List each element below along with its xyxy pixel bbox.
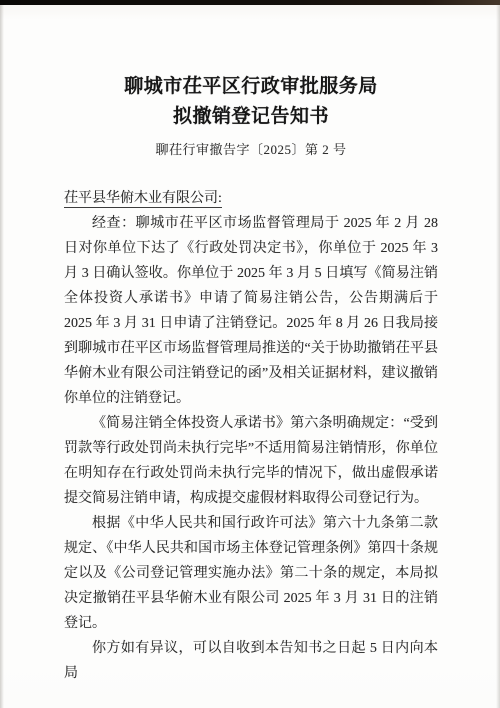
document-number: 聊茌行审撤告字〔2025〕第 2 号: [64, 141, 438, 159]
scan-edge-right: [496, 5, 500, 708]
document-title-line2: 拟撤销登记告知书: [173, 106, 329, 127]
paragraph-legal-basis-decision: 根据《中华人民共和国行政许可法》第六十九条第二款规定、《中华人民共和国市场主体登…: [64, 511, 438, 636]
scan-edge-top: [0, 0, 500, 5]
paragraph-commitment-violation: 《简易注销全体投资人承诺书》第六条明确规定：“受到罚款等行政处罚尚未执行完毕”不…: [64, 411, 438, 511]
paragraph-objection-rights: 你方如有异议，可以自收到本告知书之日起 5 日内向本局: [64, 636, 438, 686]
addressee-company-name: 茌平县华俯木业有限公司:: [64, 191, 222, 208]
scan-edge-left: [0, 5, 4, 708]
scanned-document-page: 聊城市茌平区行政审批服务局 拟撤销登记告知书 聊茌行审撤告字〔2025〕第 2 …: [0, 0, 500, 708]
document-title: 聊城市茌平区行政审批服务局 拟撤销登记告知书: [64, 72, 438, 132]
paragraph-investigation-findings: 经查：聊城市茌平区市场监督管理局于 2025 年 2 月 28 日对你单位下达了…: [64, 211, 438, 411]
addressee-row: 茌平县华俯木业有限公司:: [64, 186, 438, 211]
document-body: 聊城市茌平区行政审批服务局 拟撤销登记告知书 聊茌行审撤告字〔2025〕第 2 …: [64, 72, 438, 686]
document-title-line1: 聊城市茌平区行政审批服务局: [124, 76, 378, 97]
